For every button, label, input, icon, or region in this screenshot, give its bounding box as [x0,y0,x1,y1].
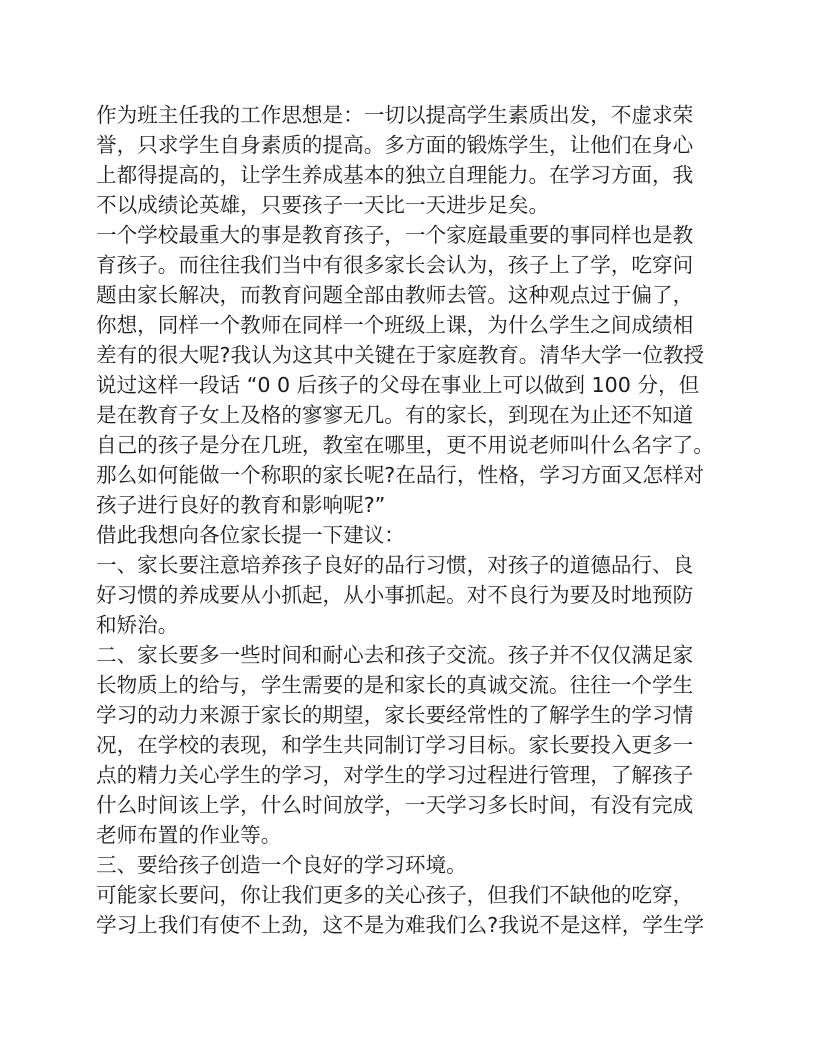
text-line: 点的精力关心学生的学习，对学生的学习过程进行管理，了解孩子 [96,760,726,790]
text-line: 是在教育子女上及格的寥寥无几。有的家长，到现在为止还不知道 [96,400,726,430]
text-line: 作为班主任我的工作思想是：一切以提高学生素质出发，不虚求荣 [96,100,726,130]
text-line: 好习惯的养成要从小抓起，从小事抓起。对不良行为要及时地预防 [96,580,726,610]
text-line: 三、要给孩子创造一个良好的学习环境。 [96,850,726,880]
text-line: 题由家长解决，而教育问题全部由教师去管。这种观点过于偏了， [96,280,726,310]
text-line: 学习上我们有使不上劲，这不是为难我们么?我说不是这样，学生学 [96,910,726,940]
text-line: 一个学校最重大的事是教育孩子，一个家庭最重要的事同样也是教 [96,220,726,250]
text-line: 长物质上的给与，学生需要的是和家长的真诚交流。往往一个学生 [96,670,726,700]
text-line: 一、家长要注意培养孩子良好的品行习惯，对孩子的道德品行、良 [96,550,726,580]
text-line: 什么时间该上学，什么时间放学，一天学习多长时间，有没有完成 [96,790,726,820]
text-line: 差有的很大呢?我认为这其中关键在于家庭教育。清华大学一位教授 [96,340,726,370]
text-line: 你想，同样一个教师在同样一个班级上课，为什么学生之间成绩相 [96,310,726,340]
text-line: 说过这样一段话 “0 0 后孩子的父母在事业上可以做到 100 分，但 [96,370,726,400]
text-line: 育孩子。而往往我们当中有很多家长会认为，孩子上了学，吃穿问 [96,250,726,280]
text-line: 借此我想向各位家长提一下建议： [96,520,726,550]
text-line: 孩子进行良好的教育和影响呢?” [96,490,726,520]
text-line: 和矫治。 [96,610,726,640]
text-line: 那么如何能做一个称职的家长呢?在品行，性格，学习方面又怎样对 [96,460,726,490]
text-line: 况，在学校的表现，和学生共同制订学习目标。家长要投入更多一 [96,730,726,760]
text-line: 自己的孩子是分在几班，教室在哪里，更不用说老师叫什么名字了。 [96,430,726,460]
text-line: 学习的动力来源于家长的期望，家长要经常性的了解学生的学习情 [96,700,726,730]
text-line: 二、家长要多一些时间和耐心去和孩子交流。孩子并不仅仅满足家 [96,640,726,670]
text-line: 誉，只求学生自身素质的提高。多方面的锻炼学生，让他们在身心 [96,130,726,160]
text-line: 可能家长要问，你让我们更多的关心孩子，但我们不缺他的吃穿， [96,880,726,910]
text-line: 上都得提高的，让学生养成基本的独立自理能力。在学习方面，我 [96,160,726,190]
text-line: 不以成绩论英雄，只要孩子一天比一天进步足矣。 [96,190,726,220]
text-line: 老师布置的作业等。 [96,820,726,850]
document-page: 作为班主任我的工作思想是：一切以提高学生素质出发，不虚求荣 誉，只求学生自身素质… [96,100,726,940]
